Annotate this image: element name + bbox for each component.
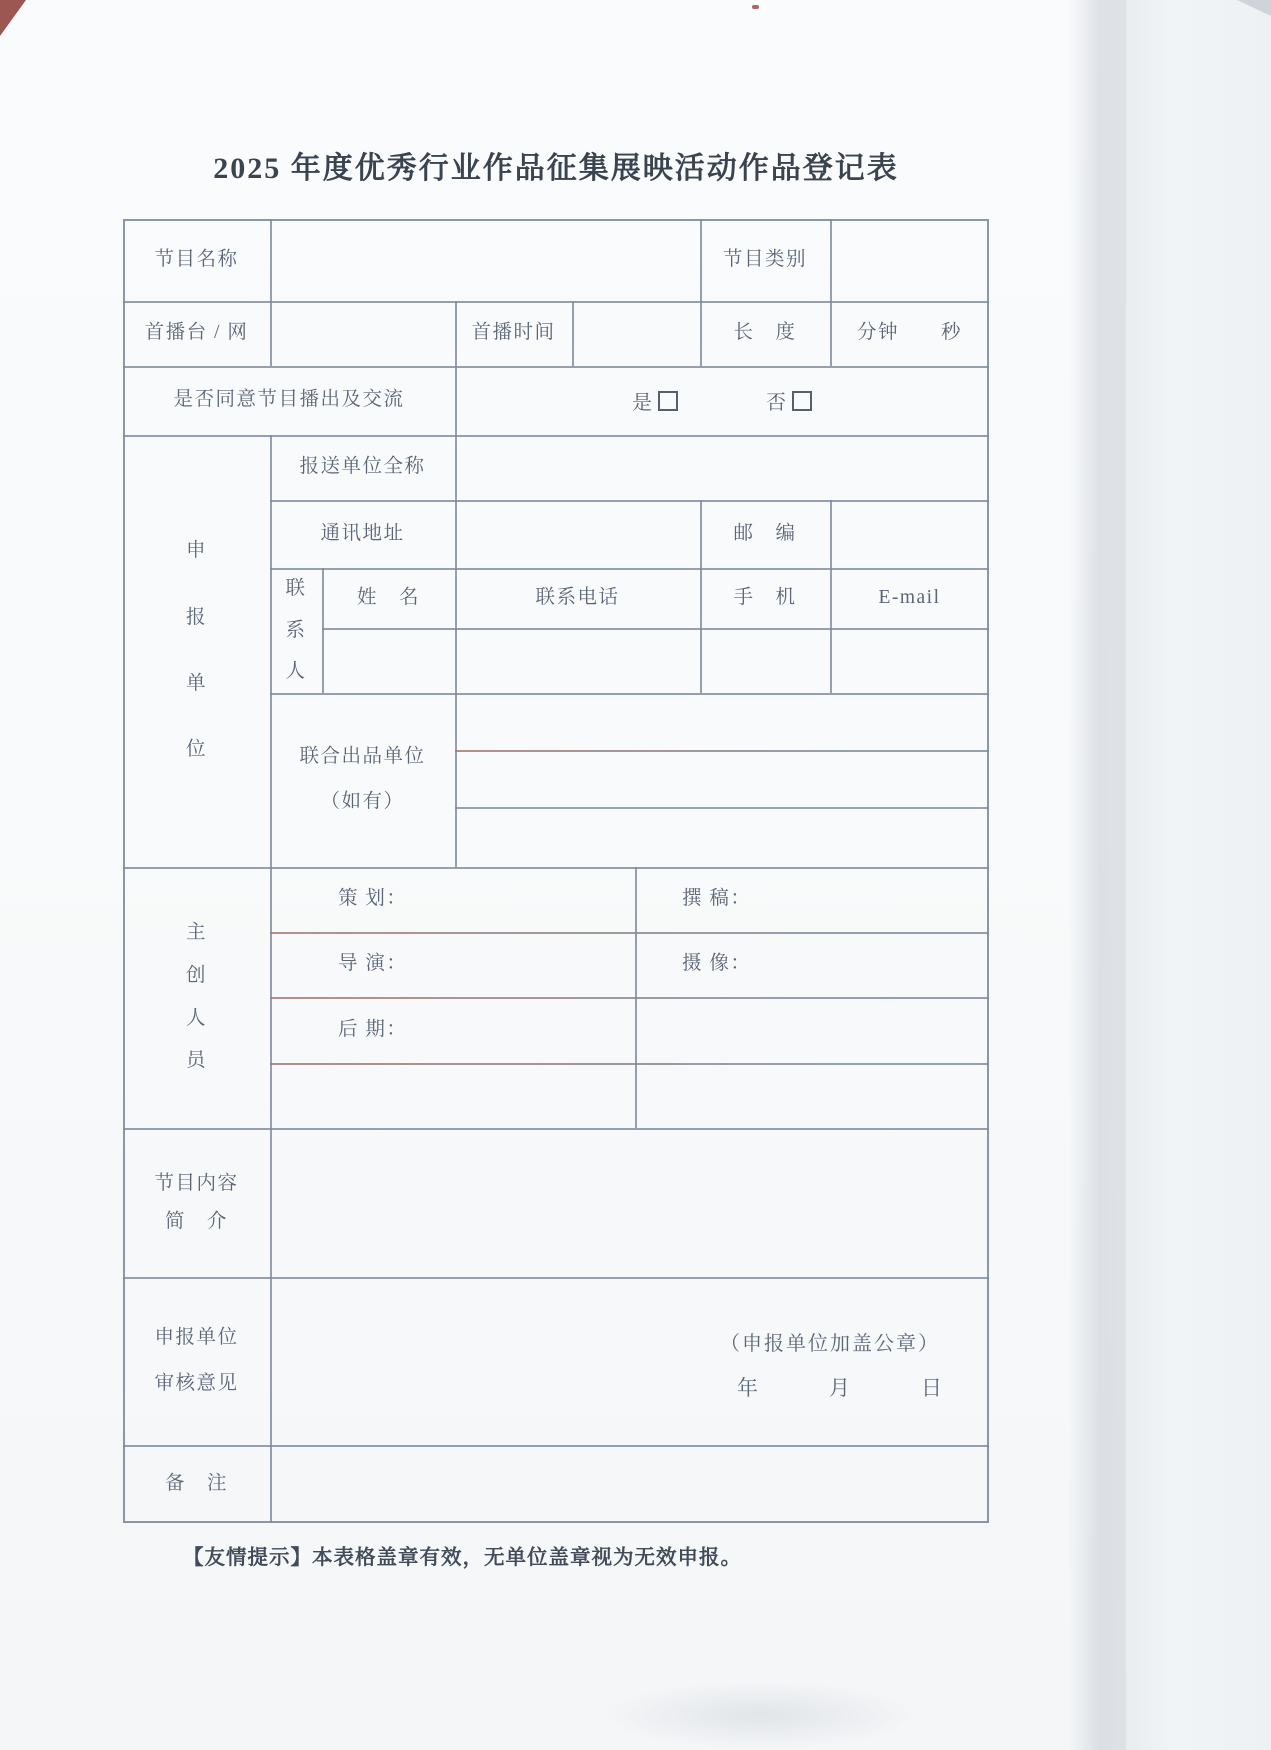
scan-corner-fold — [1237, 0, 1271, 16]
post-production-input[interactable] — [440, 999, 633, 1061]
address-input[interactable] — [457, 502, 698, 566]
grid-line-h — [270, 568, 989, 570]
planner-input[interactable] — [440, 869, 633, 930]
cinematographer-input[interactable] — [790, 934, 987, 995]
unit-full-name-input[interactable] — [457, 437, 987, 498]
synopsis-input[interactable] — [272, 1130, 987, 1275]
director-input[interactable] — [440, 934, 633, 995]
seal-note: （申报单位加盖公章） — [720, 1327, 940, 1356]
program-category-input[interactable] — [832, 221, 987, 299]
scan-smudge — [600, 1680, 920, 1750]
contact-email-input[interactable] — [832, 630, 987, 691]
scan-speck — [752, 5, 759, 9]
contact-mobile-input[interactable] — [702, 630, 828, 691]
consent-yes-checkbox[interactable] — [658, 391, 678, 411]
broadcast-time-input[interactable] — [574, 303, 698, 364]
scan-edge-shadow — [1068, 0, 1126, 1750]
consent-no-checkbox[interactable] — [792, 391, 812, 411]
co-producer-input-2[interactable] — [457, 752, 987, 805]
postcode-input[interactable] — [832, 502, 987, 566]
broadcast-channel-input[interactable] — [272, 303, 453, 364]
creators-blank-input-2[interactable] — [272, 1065, 633, 1126]
scriptwriter-input[interactable] — [790, 869, 987, 930]
contact-phone-input[interactable] — [457, 630, 698, 691]
consent-no-label: 否 — [766, 386, 786, 415]
footer-note: 【友情提示】本表格盖章有效，无单位盖章视为无效申报。 — [123, 1540, 989, 1570]
grid-line-v — [700, 219, 702, 366]
review-date-line: 年 月 日 — [737, 1372, 944, 1402]
contact-name-input[interactable] — [324, 630, 453, 691]
creators-blank-input-1[interactable] — [637, 999, 987, 1061]
review-input[interactable]: （申报单位加盖公章） 年 月 日 — [272, 1279, 987, 1443]
form-title: 2025 年度优秀行业作品征集展映活动作品登记表 — [123, 143, 989, 187]
remarks-input[interactable] — [272, 1447, 987, 1521]
co-producer-input-1[interactable] — [457, 695, 987, 748]
duration-input[interactable]: 分钟 秒 — [832, 303, 987, 364]
consent-yes-label: 是 — [632, 386, 652, 415]
duration-units-label: 分钟 秒 — [832, 303, 987, 364]
program-name-input[interactable] — [272, 221, 698, 299]
consent-options: 是 否 — [455, 366, 989, 435]
scanned-form-page: 2025 年度优秀行业作品征集展映活动作品登记表 节目名称 节目类别 首播台 /… — [0, 0, 1271, 1750]
scan-corner-mark — [0, 0, 26, 36]
scan-right-margin — [1126, 0, 1271, 1750]
co-producer-input-3[interactable] — [457, 809, 987, 865]
creators-blank-input-3[interactable] — [637, 1065, 987, 1126]
